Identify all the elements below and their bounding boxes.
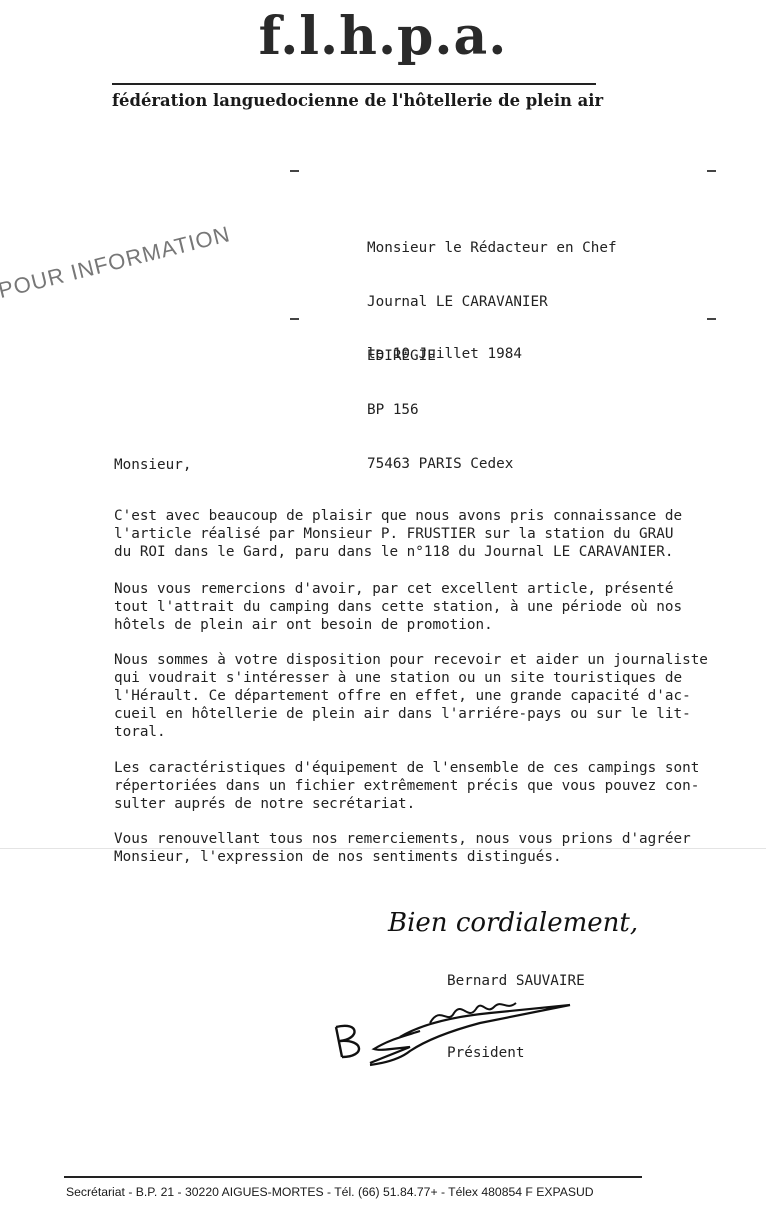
address-line: BP 156 [367,401,617,419]
address-line: Journal LE CARAVANIER [367,293,617,311]
signer-title: Président [447,1044,524,1062]
letterhead-logo: f.l.h.p.a. [0,2,766,72]
fold-mark [707,170,716,172]
letter-date: le 10 Juillet 1984 [367,345,522,363]
signer-name: Bernard SAUVAIRE [447,972,585,990]
fold-mark [290,318,299,320]
fold-mark [290,170,299,172]
letterhead-tagline: fédération languedocienne de l'hôtelleri… [112,91,602,110]
body-paragraph: Les caractéristiques d'équipement de l'e… [114,759,754,813]
footer-rule [64,1176,642,1178]
salutation: Monsieur, [114,456,191,474]
address-line: 75463 PARIS Cedex [367,455,617,473]
handwritten-closing: Bien cordialement, [388,908,638,938]
address-line: Monsieur le Rédacteur en Chef [367,239,617,257]
body-paragraph: Nous vous remercions d'avoir, par cet ex… [114,580,754,634]
fold-mark [707,318,716,320]
body-paragraph: C'est avec beaucoup de plaisir que nous … [114,507,754,561]
scan-artifact-line [0,848,766,849]
information-stamp: POUR INFORMATION [0,221,233,304]
letterhead-rule [112,83,596,85]
footer-address: Secrétariat - B.P. 21 - 30220 AIGUES-MOR… [66,1185,594,1199]
body-paragraph: Nous sommes à votre disposition pour rec… [114,651,754,741]
